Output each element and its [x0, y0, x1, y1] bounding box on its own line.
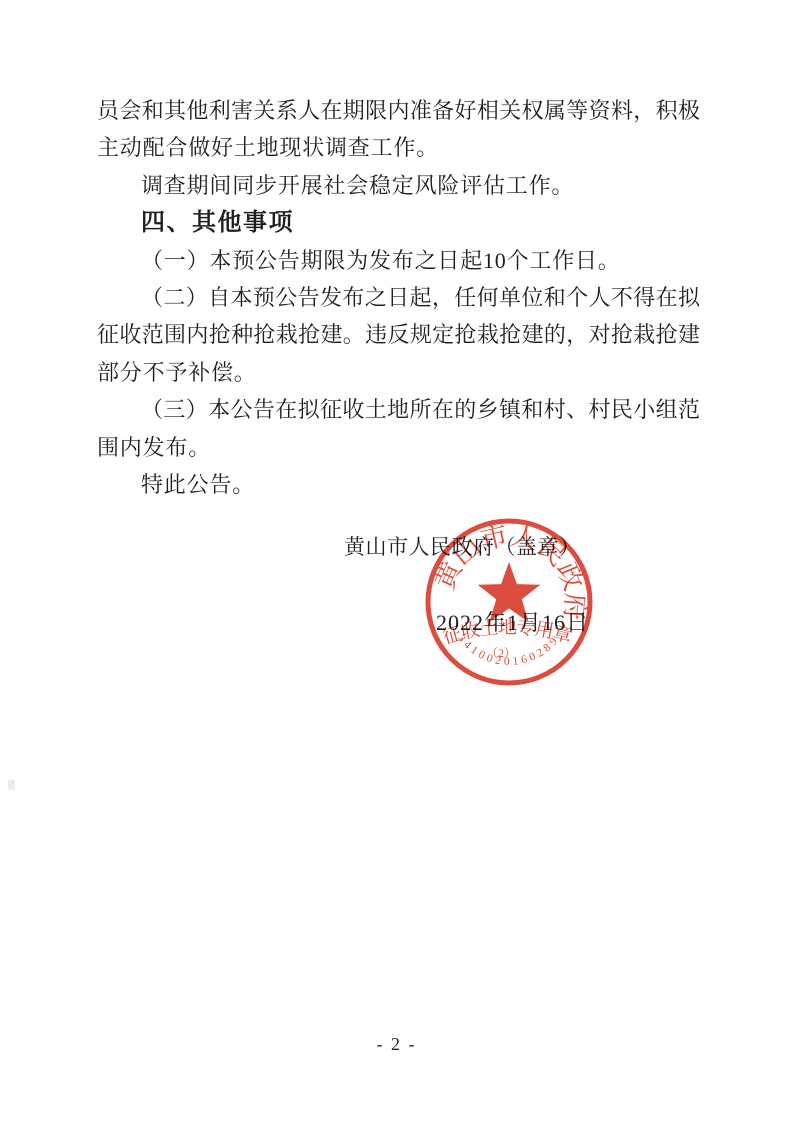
seal-star-icon [478, 562, 541, 622]
body-line: （一）本预公告期限为发布之日起10个工作日。 [97, 242, 700, 279]
body-line: 员会和其他利害关系人在期限内准备好相关权属等资料，积极 [97, 92, 700, 129]
body-line: 部分不予补偿。 [97, 354, 700, 391]
body-line: 征收范围内抢种抢栽抢建。违反规定抢栽抢建的，对抢栽抢建 [97, 316, 700, 353]
body-line: 调查期间同步开展社会稳定风险评估工作。 [97, 167, 700, 204]
body-line: 特此公告。 [97, 466, 700, 503]
official-seal: 黄山市人民政府 征收土地专用章 （2） 3410020160289 [419, 512, 599, 692]
body-line: （二）自本预公告发布之日起，任何单位和个人不得在拟 [97, 279, 700, 316]
scan-artifact [8, 780, 15, 790]
page-number: - 2 - [0, 1034, 793, 1055]
document-body: 员会和其他利害关系人在期限内准备好相关权属等资料，积极 主动配合做好土地现状调查… [97, 92, 700, 503]
body-line: 围内发布。 [97, 429, 700, 466]
body-line: 主动配合做好土地现状调查工作。 [97, 129, 700, 166]
document-page: 员会和其他利害关系人在期限内准备好相关权属等资料，积极 主动配合做好土地现状调查… [0, 0, 793, 1121]
body-line: （三）本公告在拟征收土地所在的乡镇和村、村民小组范 [97, 391, 700, 428]
section-heading: 四、其他事项 [97, 204, 700, 241]
